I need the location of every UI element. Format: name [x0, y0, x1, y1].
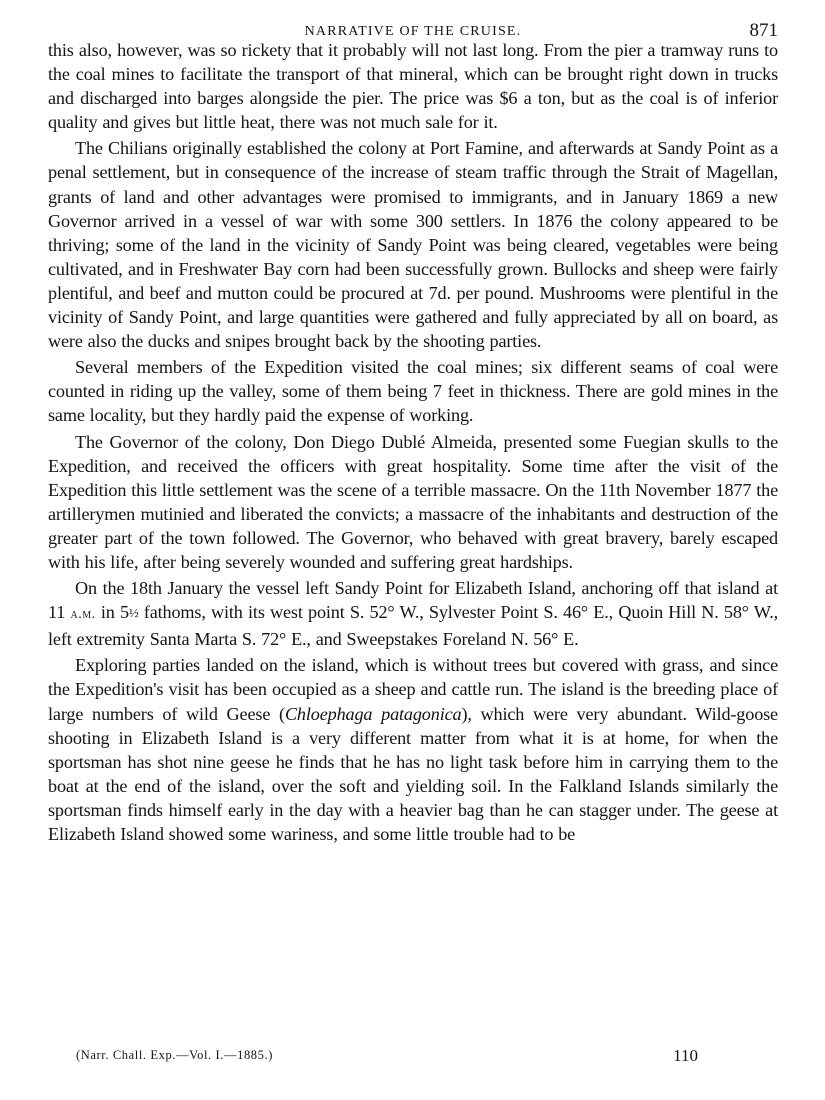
- page-footer: (Narr. Chall. Exp.—Vol. I.—1885.) 110: [48, 1048, 778, 1072]
- paragraph-pier-tramway: this also, however, was so rickety that …: [48, 38, 778, 134]
- time-label: a.m.: [70, 607, 95, 622]
- signature-mark: (Narr. Chall. Exp.—Vol. I.—1885.): [76, 1048, 273, 1063]
- anchorage-text-bearings: fathoms, with its west point S. 52° W., …: [48, 602, 778, 649]
- sheet-number: 110: [673, 1046, 698, 1066]
- paragraph-coal-mines: Several members of the Expedition visite…: [48, 355, 778, 427]
- depth-fraction: ½: [129, 605, 139, 620]
- anchorage-text-depth: in 5: [96, 602, 129, 622]
- paragraph-governor-massacre: The Governor of the colony, Don Diego Du…: [48, 430, 778, 575]
- geese-text-end: ), which were very abundant. Wild-goose …: [48, 704, 778, 844]
- body-text: this also, however, was so rickety that …: [48, 38, 778, 846]
- paragraph-wild-geese: Exploring parties landed on the island, …: [48, 653, 778, 846]
- paragraph-elizabeth-island-anchorage: On the 18th January the vessel left Sand…: [48, 576, 778, 651]
- paragraph-chilian-colony: The Chilians originally established the …: [48, 136, 778, 353]
- species-name: Chloephaga patagonica: [285, 704, 462, 724]
